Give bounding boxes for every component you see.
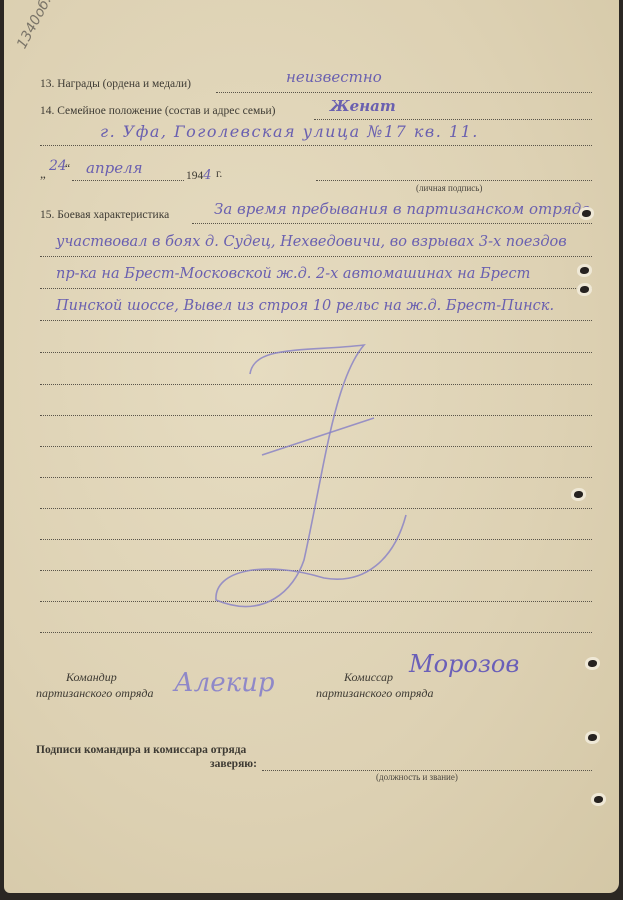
punch-hole bbox=[582, 210, 591, 217]
certification-line-1: Подписи командира и комиссара отряда bbox=[36, 744, 246, 756]
empty-line bbox=[40, 384, 592, 385]
commander-title: Командир bbox=[66, 670, 117, 685]
date-month-line bbox=[72, 180, 184, 181]
family-label: 14. Семейное положение (состав и адрес с… bbox=[40, 105, 275, 117]
combat-line-2 bbox=[40, 256, 592, 257]
punch-hole bbox=[580, 267, 589, 274]
empty-line bbox=[40, 632, 592, 633]
commander-signature: Алекир bbox=[174, 668, 275, 698]
empty-line bbox=[40, 446, 592, 447]
date-year-label: г. bbox=[216, 168, 222, 180]
personal-signature-caption: (личная подпись) bbox=[416, 183, 482, 193]
empty-line bbox=[40, 601, 592, 602]
empty-line bbox=[40, 352, 592, 353]
certification-line-2: заверяю: bbox=[210, 758, 257, 770]
date-quote-close: “ bbox=[65, 163, 70, 175]
combat-line-1 bbox=[192, 223, 592, 224]
combat-text-1: За время пребывания в партизанском отряд… bbox=[214, 200, 590, 218]
punch-hole bbox=[588, 734, 597, 741]
personal-signature-line bbox=[316, 180, 592, 181]
punch-hole bbox=[594, 796, 603, 803]
punch-hole bbox=[574, 491, 583, 498]
combat-text-3: пр-ка на Брест-Московской ж.д. 2-х автом… bbox=[56, 266, 530, 282]
empty-line bbox=[40, 477, 592, 478]
certification-caption: (должность и звание) bbox=[376, 772, 458, 782]
commissar-title: Комиссар bbox=[344, 670, 393, 685]
archive-number: 1340об. bbox=[14, 0, 55, 52]
combat-label: 15. Боевая характеристика bbox=[40, 209, 169, 221]
family-value-2: г. Уфа, Гоголевская улица №17 кв. 11. bbox=[100, 122, 479, 141]
date-month: апреля bbox=[86, 159, 143, 177]
document-page: 1340об. 13. Награды (ордена и медали) не… bbox=[4, 0, 619, 893]
family-line-2 bbox=[40, 145, 592, 146]
punch-hole bbox=[588, 660, 597, 667]
date-year: 1944 bbox=[186, 168, 212, 183]
awards-value: неизвестно bbox=[286, 68, 382, 86]
empty-line bbox=[40, 415, 592, 416]
combat-line-3 bbox=[40, 288, 592, 289]
punch-hole bbox=[580, 286, 589, 293]
empty-line bbox=[40, 539, 592, 540]
empty-line bbox=[40, 508, 592, 509]
combat-text-4: Пинской шоссе, Вывел из строя 10 рельс н… bbox=[56, 298, 554, 314]
awards-label: 13. Награды (ордена и медали) bbox=[40, 78, 191, 90]
family-value-1: Женат bbox=[330, 97, 396, 115]
awards-line bbox=[216, 92, 592, 93]
combat-text-2: участвовал в боях д. Судец, Нехведовичи,… bbox=[56, 234, 567, 250]
certification-line bbox=[262, 770, 592, 771]
empty-line bbox=[40, 570, 592, 571]
commissar-subtitle: партизанского отряда bbox=[316, 686, 433, 701]
commander-subtitle: партизанского отряда bbox=[36, 686, 153, 701]
family-line-1 bbox=[314, 119, 592, 120]
commissar-signature: Морозов bbox=[409, 650, 519, 678]
combat-line-4 bbox=[40, 320, 592, 321]
date-quote-open: „ bbox=[40, 166, 46, 182]
